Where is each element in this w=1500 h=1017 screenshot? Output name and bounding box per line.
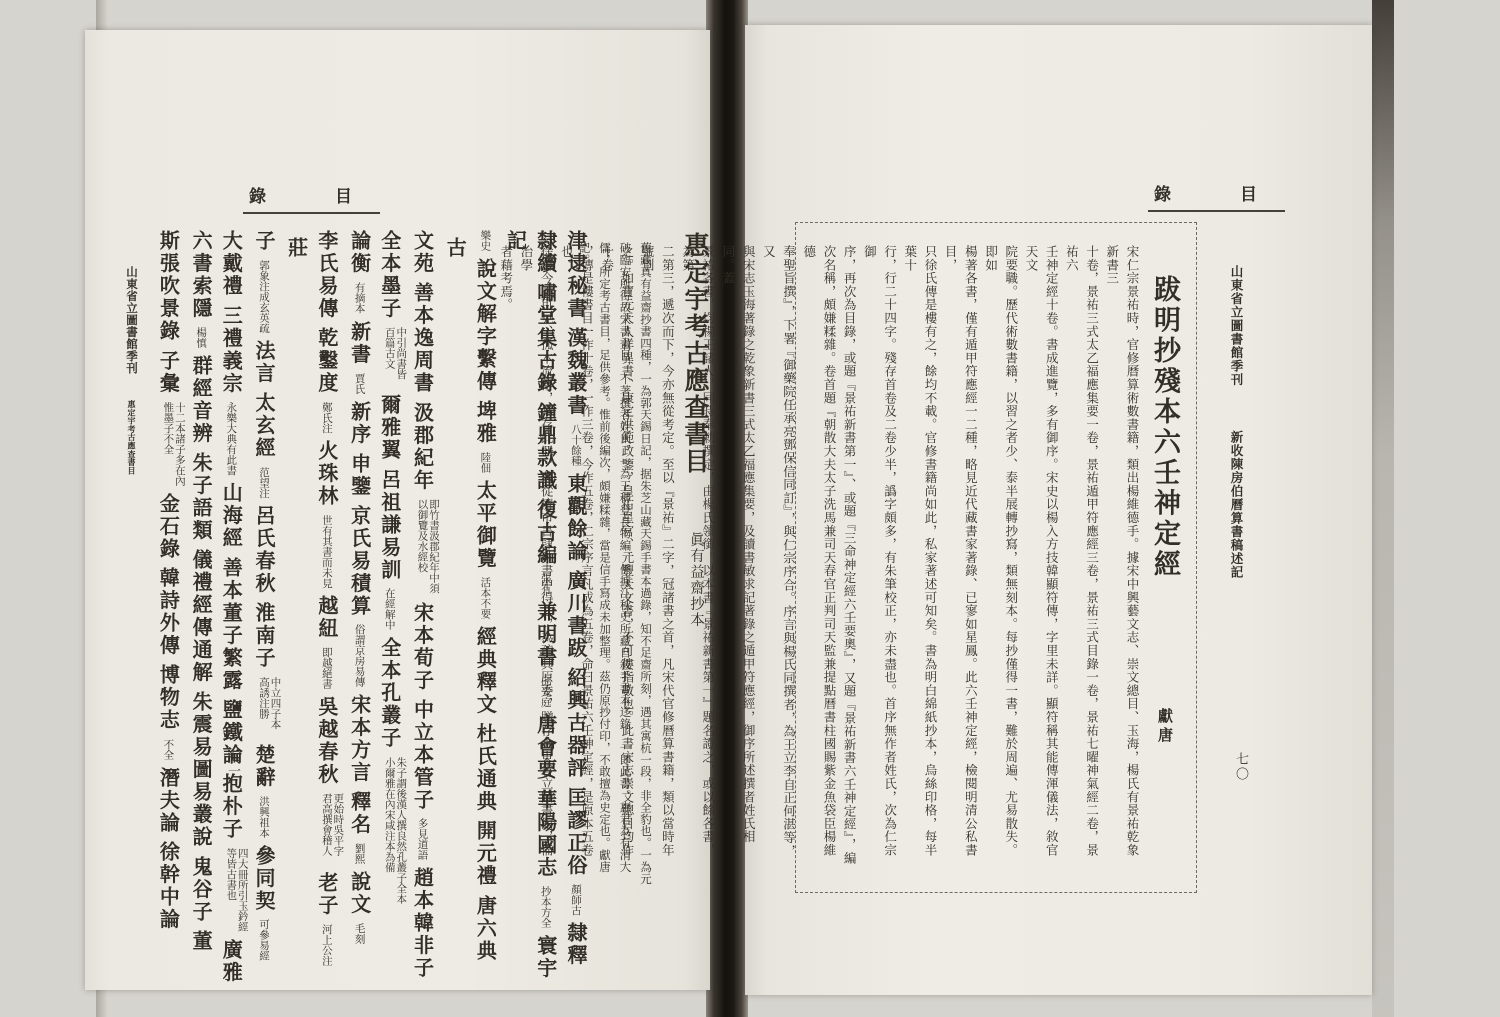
book-title: 全本孔叢子	[378, 637, 400, 750]
book-annotation: 河上公注	[321, 924, 332, 966]
book-list-column: 論衡有摘本新書賈氏新序申鑒京氏易積算俗謂京房易傳宋本方言釋名劉熙說文毛刻	[343, 230, 373, 988]
book-annotation: 樂史	[479, 230, 490, 251]
book-annotation: 在經解中	[384, 588, 395, 630]
book-annotation: 抄本方全	[540, 886, 551, 928]
article-column: 宋仁宗景祐時，官修曆算術數書籍，類出楊維德手。據宋中興藝文志、崇文總目、玉海，楊…	[1102, 245, 1142, 868]
book-annotation: 郭象注成玄英疏	[258, 260, 269, 334]
article-column: 只徐氏傳是樓有之，餘均不載。官修書籍尚如此，私家著述可知矣。書為明白綿紙抄本，烏…	[900, 245, 940, 868]
book-title: 子彙	[156, 350, 178, 395]
book-annotation: 顏師古	[570, 884, 581, 916]
book-title: 唐六典	[473, 895, 495, 963]
book-annotation: 多見道語	[416, 818, 427, 860]
book-annotation: 中立四子本高誘注勝	[257, 677, 280, 737]
article-column: 院要職。歷代術數書籍，以習之者少、泰半展轉抄寫，類無刻本。每抄僅得一書，難於周遍…	[980, 245, 1020, 868]
book-title: 釋名	[348, 791, 370, 836]
book-scan-spread: 錄 目 惠定宇考古應查書目 眞有益齋抄本 舊藏真有益齋抄書四種，一為郭天錫日記，…	[0, 0, 1500, 1017]
book-title: 論衡	[348, 230, 370, 275]
book-title: 廣雅	[219, 939, 241, 984]
book-title: 徐幹中論	[156, 841, 178, 931]
book-title: 中立本管子	[410, 699, 432, 812]
book-title: 隸釋	[564, 922, 586, 967]
book-title: 文苑	[410, 230, 432, 275]
article-column: 楊著各書，僅有遁甲符應經一二種，略見近代藏書家著錄、已寥如星鳳。此六壬神定經，檢…	[940, 245, 980, 868]
book-title: 宋本荀子	[410, 602, 432, 692]
book-title: 儀禮經傳通解	[189, 549, 211, 684]
article-column: 者藉考焉。	[496, 245, 516, 868]
book-annotation: 俗謂京房易傳	[354, 624, 365, 687]
book-annotation: 朱子謂後漢人撰良然孔叢子全本小爾雅在內宋咸注本為備	[383, 757, 406, 913]
book-title: 吳越春秋	[315, 696, 337, 786]
book-annotation: 即越絕書	[321, 647, 332, 689]
book-title: 杜氏通典	[473, 723, 495, 813]
book-annotation: 劉熙	[354, 843, 365, 864]
book-title: 新書	[348, 321, 370, 366]
book-title: 全本墨子	[378, 230, 400, 320]
article-column: ，傳是樓書目一作十卷，一作三卷，今作五卷，仁宗序言凡成為五卷，命曰景祐六壬神定經…	[556, 245, 596, 868]
book-title: 呂祖謙易訓	[378, 469, 400, 582]
right-margin-article: 新收陳房伯曆算書稿述記	[1229, 431, 1243, 580]
book-title: 潛夫論	[156, 767, 178, 835]
book-title: 莊	[285, 237, 307, 260]
book-title: 越紐	[315, 595, 337, 640]
left-footer-journal: 山東省立圖書館季刊	[125, 266, 137, 374]
book-title: 爾雅翼	[378, 394, 400, 462]
book-title: 太玄經	[252, 392, 274, 460]
book-list-column: 大戴禮三禮義宗永樂大典有此書山海經善本董子繁露鹽鐵論抱朴子四大冊所引玉鈐經等皆古…	[215, 230, 248, 988]
book-title: 經典釋文	[473, 626, 495, 716]
book-title: 老子	[315, 872, 337, 917]
book-title: 董	[189, 930, 211, 953]
book-title: 子	[252, 230, 274, 253]
book-title: 法言	[252, 340, 274, 385]
book-annotation: 更始時吳平字君高撰會稽人	[320, 793, 343, 865]
left-page-number: 七一	[224, 749, 243, 779]
book-annotation: 不全	[162, 739, 173, 760]
book-annotation: 陸佃	[479, 452, 490, 473]
article-column: 與宋志玉海著錄之乾象新書三式太乙福應集要，及讀書敏求記著錄之遁甲符應經，御序所述…	[718, 245, 758, 868]
book-title: 參同契	[252, 845, 274, 913]
book-title: 太平御覽	[473, 480, 495, 570]
right-page: 錄 目 跋明抄殘本六壬神定經 宋仁宗景祐時，官修曆算術數書籍，類出楊維德手。據宋…	[745, 25, 1372, 995]
book-annotation: 鄭氏注	[321, 402, 332, 434]
left-footer-article: 惠定宇考古應查書目	[127, 400, 136, 475]
book-title: 大戴禮	[219, 230, 241, 298]
book-title: 斯張吹景錄	[156, 230, 178, 343]
article-column: 壬神定經十卷。書成進覽，多有御序。宋史以楊入方技韓顯符傳，字里未詳。顯符稱其能傳…	[1021, 245, 1061, 868]
book-title: 說文解字繫傳	[473, 258, 495, 393]
article-column: 徐書今不可見、孤本流傳，幸存此冊，舊從濟市書肆亂書中得之，為疏其原委，贈存山東省…	[516, 245, 556, 868]
book-annotation: 毛刻	[354, 923, 365, 944]
right-page-header: 錄 目	[1148, 180, 1285, 212]
book-title: 開元禮	[473, 820, 495, 888]
book-list-column: 文苑善本逸周書汲郡紀年即竹書汲郡紀年中須以御覽及水經校宋本荀子中立本管子多見道語…	[406, 230, 439, 988]
book-title: 李氏易傳	[315, 230, 337, 320]
book-title: 博物志	[156, 664, 178, 732]
book-annotation: 范望注	[258, 467, 269, 499]
left-page-header: 錄 目	[243, 182, 380, 214]
book-title: 申鑒	[348, 453, 370, 498]
book-list-column: 斯張吹景錄子彙十二本諸子多在內惟墨子不全金石錄韓詩外傳博物志不全潛夫論徐幹中論	[152, 230, 185, 988]
book-annotation: 楊慎	[195, 327, 206, 348]
book-list-column: 李氏易傳乾鑿度鄭氏注火珠林世有其書而未見越紐即越絕書吳越春秋更始時吳平字君高撰會…	[280, 230, 343, 988]
book-title: 朱震易圖易叢說	[189, 691, 211, 849]
book-title: 六書索隱	[189, 230, 211, 320]
book-title: 古	[443, 237, 465, 260]
book-title: 呂氏春秋	[252, 505, 274, 595]
book-title: 火珠林	[315, 440, 337, 508]
book-title: 京氏易積算	[348, 505, 370, 618]
book-annotation: 四大冊所引玉鈐經等皆古書也	[225, 848, 248, 932]
book-list-column: 子郭象注成玄英疏法言太玄經范望注呂氏春秋淮南子中立四子本高誘注勝楚辭洪興祖本參同…	[248, 230, 281, 988]
book-title: 新序	[348, 401, 370, 446]
book-title: 埤雅	[473, 400, 495, 445]
book-title: 楚辭	[252, 744, 274, 789]
article-column: 奉聖旨撰』，下署『御藥院任承亮鄧保信同訂』，與仁宗序合。序言與楊氏同撰者，為王立…	[758, 245, 798, 868]
book-title: 鬼谷子	[189, 856, 211, 924]
book-title: 趙本韓非子	[410, 867, 432, 980]
book-title: 金石錄	[156, 493, 178, 561]
article-column: 次名稱，頗嫌糅雜。卷首題『朝散大夫太子洗馬兼司天春官正判司天監兼提點曆書柱國賜紫…	[799, 245, 839, 868]
book-title: 善本逸周書	[410, 282, 432, 395]
book-title: 淮南子	[252, 602, 274, 670]
book-annotation: 可參易經	[258, 919, 269, 961]
page-edge-shadow-right	[1372, 0, 1394, 1017]
left-running-title: 山東省立圖書館季刊惠定宇考古應查書目	[123, 266, 139, 475]
book-annotation: 賈氏	[354, 373, 365, 394]
book-title: 山海經	[219, 482, 241, 550]
book-annotation: 永樂大典有此書	[225, 402, 236, 476]
book-title: 朱子語類	[189, 452, 211, 542]
book-annotation: 中引尚書皆百篇古文	[383, 327, 406, 387]
article-title: 跋明抄殘本六壬神定經	[1142, 245, 1188, 868]
article-column: 之。如寶元天人祥異書、康定洪範政鑒，皇祐星官、元豐天文書，不可僂指數也。此書宋志…	[597, 245, 637, 868]
article-column: 十卷，景祐三式太乙福應集要一卷，景祐遁甲符應經三卷，景祐三式目錄一卷，景祐七曜神…	[1061, 245, 1101, 868]
article-column: 序，再次為目錄，或題『景祐新書第一』、或題『三命神定經六壬要奧』，又題『景祐新書…	[839, 245, 859, 868]
article-box: 跋明抄殘本六壬神定經 宋仁宗景祐時，官修曆算術數書籍，類出楊維德手。據宋中興藝文…	[795, 222, 1197, 893]
book-annotation: 十二本諸子多在內惟墨子不全	[162, 402, 185, 486]
book-annotation: 活本不要	[479, 577, 490, 619]
book-title: 宋本方言	[348, 694, 370, 784]
book-annotation: 有摘本	[354, 282, 365, 314]
book-title: 群經音辨	[189, 355, 211, 445]
article-column: 景祐各書，均楊王諸人，同時奉勅撰定，由楊氏領銜。以本書『景祐新書第一』題名證之，…	[677, 245, 717, 868]
right-margin-journal: 山東省立圖書館季刊	[1229, 265, 1243, 387]
article-column: 二第三，遞次而下，今亦無從考定。至以『景祐』二字，冠諸書之首，凡宋代官修曆算書籍…	[637, 245, 677, 868]
right-running-title: 山東省立圖書館季刊新收陳房伯曆算書稿述記	[1227, 265, 1245, 579]
book-list-column: 六書索隱楊慎群經音辨朱子語類儀禮經傳通解朱震易圖易叢說鬼谷子董	[185, 230, 215, 988]
book-title: 乾鑿度	[315, 327, 337, 395]
book-title: 韓詩外傳	[156, 567, 178, 657]
book-title: 抱朴子	[219, 773, 241, 841]
book-title: 三禮義宗	[219, 305, 241, 395]
book-title: 汲郡紀年	[410, 402, 432, 492]
article-column: 行，行二十四字。殘存首卷及二卷少半，譌字頗多，有朱筆校正，亦未盡也。首序無作者姓…	[859, 245, 899, 868]
book-annotation: 洪興祖本	[258, 796, 269, 838]
book-annotation: 世有其書而未見	[321, 515, 332, 589]
book-list-column: 全本墨子中引尚書皆百篇古文爾雅翼呂祖謙易訓在經解中全本孔叢子朱子謂後漢人撰良然孔…	[374, 230, 407, 988]
right-page-number: 七〇	[1232, 752, 1251, 782]
book-title: 說文	[348, 871, 370, 916]
book-title: 善本董子繁露	[219, 557, 241, 692]
book-list-column: 樂史說文解字繫傳埤雅陸佃太平御覽活本不要經典釋文杜氏通典開元禮唐六典古	[439, 230, 499, 988]
book-annotation: 即竹書汲郡紀年中須以御覽及水經校	[416, 499, 439, 595]
